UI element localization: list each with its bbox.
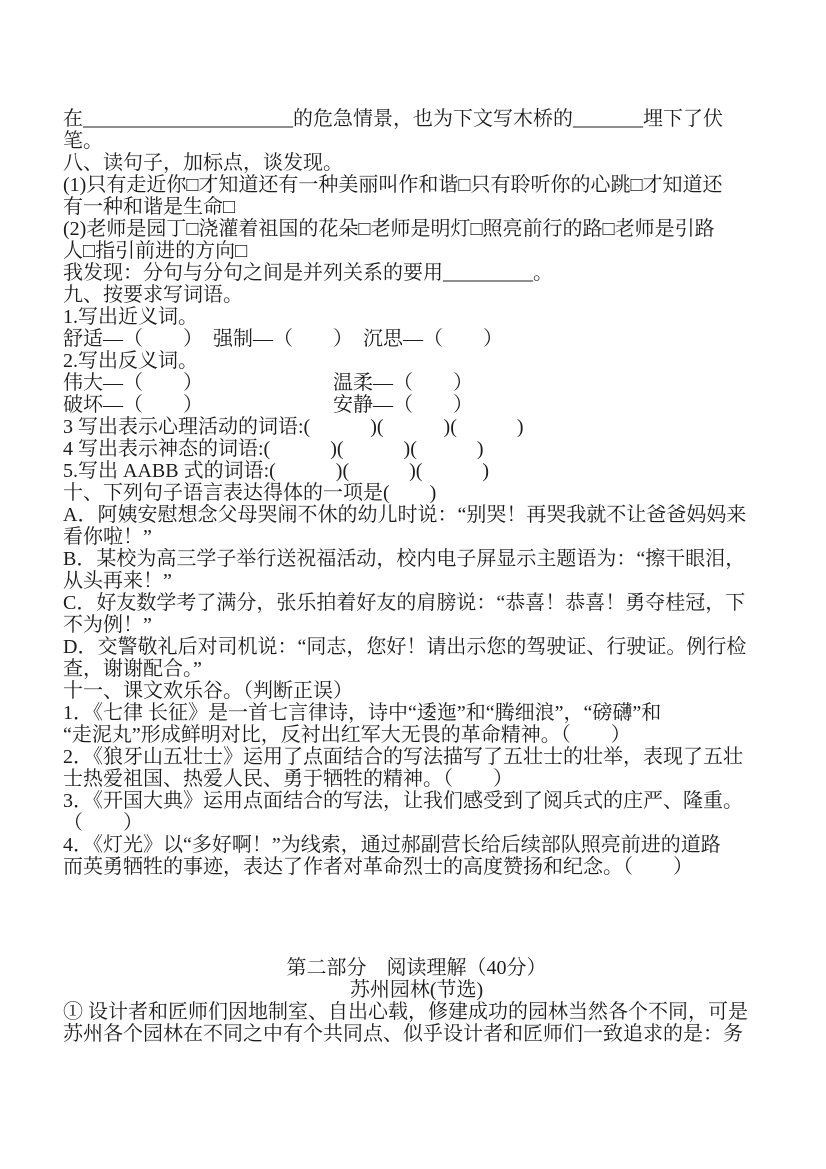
q10-option-a-line-2: 看你啦！”	[63, 526, 770, 548]
q10-option-d-line-1: D．交警敬礼后对司机说：“同志，您好！请出示您的驾驶证、行驶证。例行检	[63, 636, 770, 658]
q10-option-c-line-2: 不为例！”	[63, 614, 770, 636]
q11-item-1-line-2: “走泥丸”形成鲜明对比，反衬出红军大无畏的革命精神。（ ）	[63, 724, 770, 746]
q9-item-1-prompt: 1.写出近义词。	[63, 306, 770, 328]
q9-antonyms-line-1: 伟大—（ ） 温柔—（ ）	[63, 372, 770, 394]
passage-title: 苏州园林(节选)	[63, 979, 770, 1001]
q9-item-3-prompt: 3 写出表示心理活动的词语:( )( )( )	[63, 416, 770, 438]
q10-option-d-line-2: 查，谢谢配合。”	[63, 658, 770, 680]
q9-heading: 九、按要求写词语。	[63, 284, 770, 306]
q9-item-2-prompt: 2.写出反义词。	[63, 350, 770, 372]
q11-item-4-line-2: 而英勇牺牲的事迹，表达了作者对革命烈士的高度赞扬和纪念。（ ）	[63, 856, 770, 878]
q11-heading: 十一、课文欢乐谷。（判断正误）	[63, 680, 770, 702]
q10-option-b-line-1: B．某校为高三学子举行送祝福活动，校内电子屏显示主题语为：“擦干眼泪，	[63, 548, 770, 570]
q9-synonyms-line: 舒适—（ ） 强制—（ ） 沉思—（ ）	[63, 328, 770, 350]
q11-item-3-line-2: （ ）	[63, 812, 770, 834]
q11-item-1-line-1: 1．《七律 长征》是一首七言律诗，诗中“逶迤”和“腾细浪”，“磅礴”和	[63, 702, 770, 724]
q8-sentence-1-line-2: 有一种和谐是生命□	[63, 196, 770, 218]
q11-item-4-line-1: 4．《灯光》以“多好啊！”为线索，通过郝副营长给后续部队照亮前进的道路	[63, 834, 770, 856]
section-gap	[63, 878, 770, 957]
test-paper-page: 在_____________________的危急情景，也为下文写木桥的____…	[0, 0, 826, 1169]
passage-paragraph-1-line-2: 苏州各个园林在不同之中有个共同点、似乎设计者和匠师们一致追求的是：务	[63, 1023, 770, 1045]
q8-sentence-2-line-1: (2)老师是园丁□浇灌着祖国的花朵□老师是明灯□照亮前行的路□老师是引路	[63, 218, 770, 240]
q10-heading: 十、下列句子语言表达得体的一项是( )	[63, 482, 770, 504]
q11-item-2-line-2: 士热爱祖国、热爱人民、勇于牺牲的精神。（ ）	[63, 768, 770, 790]
q8-sentence-1-line-1: (1)只有走近你□才知道还有一种美丽叫作和谐□只有聆听你的心跳□才知道还	[63, 174, 770, 196]
q8-heading: 八、读句子，加标点，谈发现。	[63, 152, 770, 174]
q10-option-a-line-1: A．阿姨安慰想念父母哭闹不休的幼儿时说：“别哭！再哭我就不让爸爸妈妈来	[63, 504, 770, 526]
q7-continuation-line-1: 在_____________________的危急情景，也为下文写木桥的____…	[63, 108, 770, 130]
q7-continuation-line-2: 笔。	[63, 130, 770, 152]
q11-item-2-line-1: 2．《狼牙山五壮士》运用了点面结合的写法描写了五壮士的壮举，表现了五壮	[63, 746, 770, 768]
page-content: 在_____________________的危急情景，也为下文写木桥的____…	[63, 108, 770, 1045]
q9-item-4-prompt: 4 写出表示神态的词语:( )( )( )	[63, 438, 770, 460]
q10-option-c-line-1: C．好友数学考了满分，张乐拍着好友的肩膀说：“恭喜！恭喜！勇夺桂冠，下	[63, 592, 770, 614]
q8-sentence-2-line-2: 人□指引前进的方向□	[63, 240, 770, 262]
q8-discovery-line: 我发现：分句与分句之间是并列关系的要用_________。	[63, 262, 770, 284]
q10-option-b-line-2: 从头再来！”	[63, 570, 770, 592]
passage-paragraph-1-line-1: ① 设计者和匠师们因地制室、自出心载，修建成功的园林当然各个不同，可是	[63, 1001, 770, 1023]
q11-item-3-line-1: 3．《开国大典》运用点面结合的写法，让我们感受到了阅兵式的庄严、隆重。	[63, 790, 770, 812]
part2-heading: 第二部分 阅读理解（40分）	[63, 957, 770, 979]
q9-item-5-prompt: 5.写出 AABB 式的词语:( )( )( )	[63, 460, 770, 482]
q9-antonyms-line-2: 破坏—（ ） 安静—（ ）	[63, 394, 770, 416]
